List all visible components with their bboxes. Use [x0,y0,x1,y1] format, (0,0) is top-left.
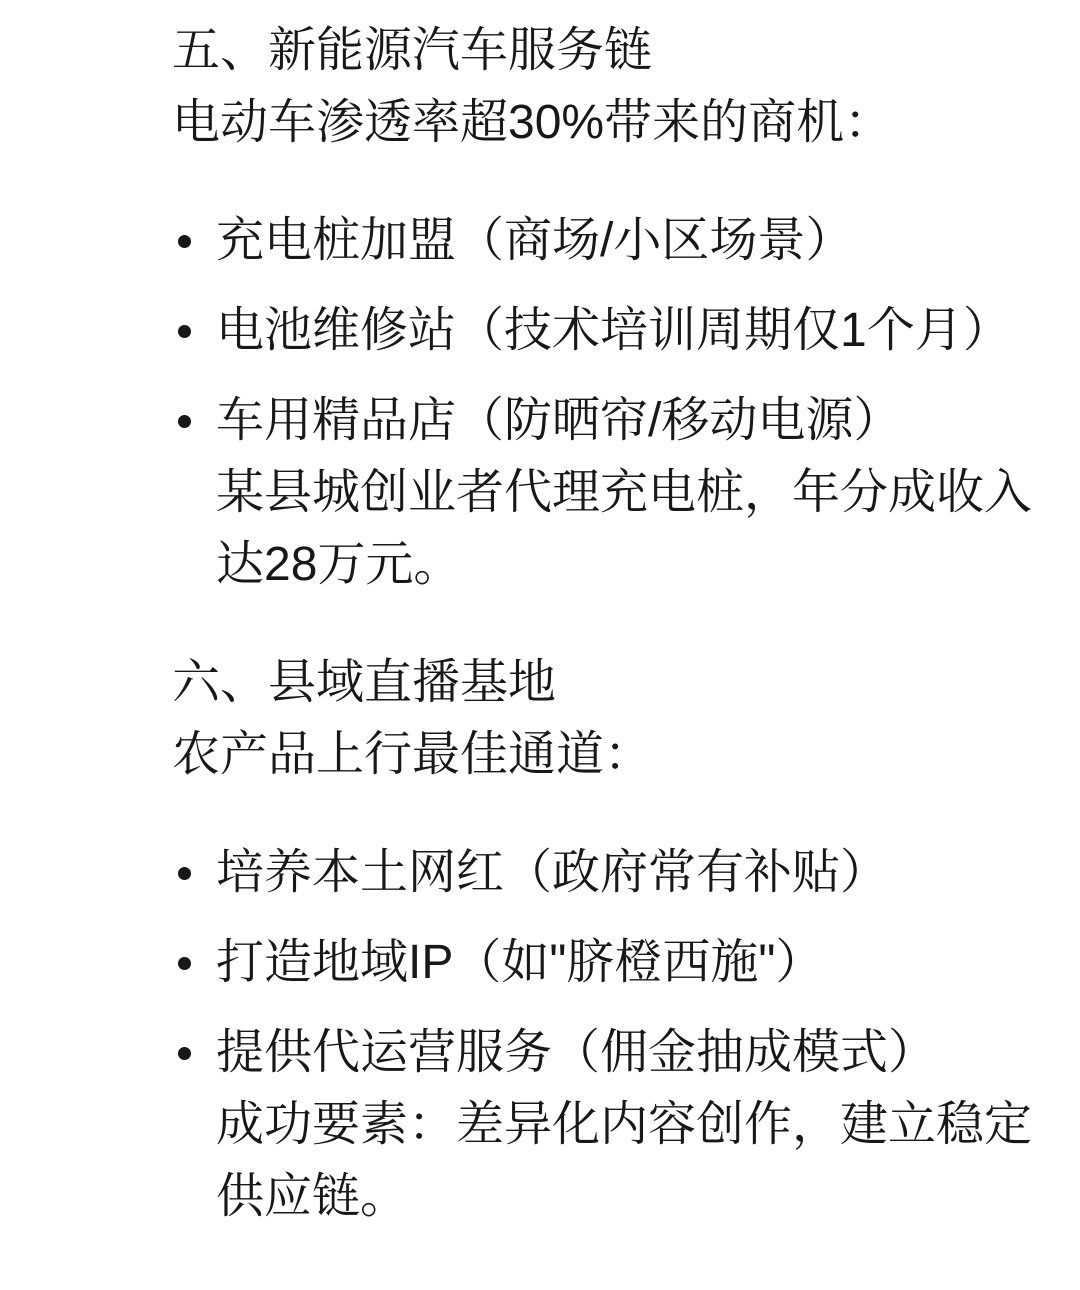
document-body: 五、新能源汽车服务链 电动车渗透率超30%带来的商机： 充电桩加盟（商场/小区场… [0,0,1080,1233]
bullet-line: 提供代运营服务（佣金抽成模式） [216,1017,1032,1089]
section-6-header: 六、县域直播基地 农产品上行最佳通道： [172,647,1040,791]
section-5-intro: 电动车渗透率超30%带来的商机： [172,87,1040,159]
bullet-line: 电池维修站（技术培训周期仅1个月） [216,295,1011,367]
bullet-icon [178,235,191,248]
bullet-line: 某县城创业者代理充电桩，年分成收入 [216,457,1032,529]
section-5-header: 五、新能源汽车服务链 电动车渗透率超30%带来的商机： [172,15,1040,159]
section-5-list: 充电桩加盟（商场/小区场景） 电池维修站（技术培训周期仅1个月） 车用精品店（防… [172,205,1040,601]
bullet-line: 打造地域IP（如"脐橙西施"） [216,927,823,999]
bullet-icon [178,957,191,970]
bullet-line: 成功要素：差异化内容创作，建立稳定 [216,1089,1032,1161]
section-5-title: 五、新能源汽车服务链 [172,15,1040,87]
bullet-line: 供应链。 [216,1161,1032,1233]
bullet-icon [178,1047,191,1060]
list-item-agency-operation: 提供代运营服务（佣金抽成模式） 成功要素：差异化内容创作，建立稳定 供应链。 [172,1017,1040,1233]
bullet-icon [178,415,191,428]
bullet-line: 达28万元。 [216,529,1032,601]
section-6-intro: 农产品上行最佳通道： [172,719,1040,791]
list-item-charging-franchise: 充电桩加盟（商场/小区场景） [172,205,1040,277]
bullet-icon [178,325,191,338]
list-item-car-accessories: 车用精品店（防晒帘/移动电源） 某县城创业者代理充电桩，年分成收入 达28万元。 [172,385,1040,601]
bullet-line: 车用精品店（防晒帘/移动电源） [216,385,1032,457]
list-item-regional-ip: 打造地域IP（如"脐橙西施"） [172,927,1040,999]
bullet-line: 培养本土网红（政府常有补贴） [216,837,888,909]
bullet-line: 充电桩加盟（商场/小区场景） [216,205,853,277]
section-6-title: 六、县域直播基地 [172,647,1040,719]
list-item-battery-repair: 电池维修站（技术培训周期仅1个月） [172,295,1040,367]
bullet-icon [178,867,191,880]
list-item-local-influencer: 培养本土网红（政府常有补贴） [172,837,1040,909]
section-6-list: 培养本土网红（政府常有补贴） 打造地域IP（如"脐橙西施"） 提供代运营服务（佣… [172,837,1040,1233]
